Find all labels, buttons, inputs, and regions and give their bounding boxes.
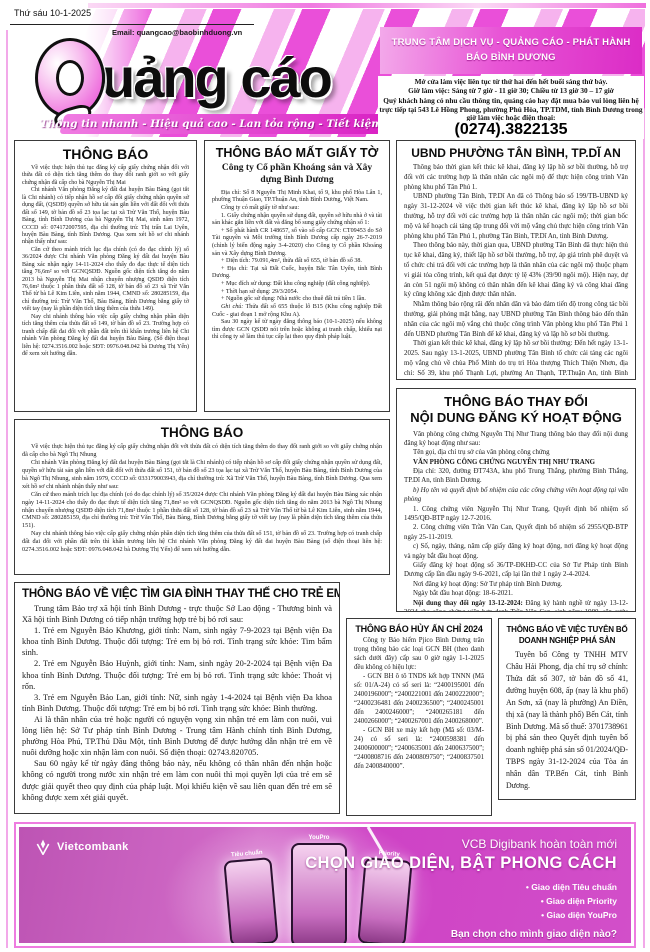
interface-option: Giao diện Tiêu chuẩn [305,880,617,894]
notice-title: THÔNG BÁO [22,425,382,440]
notice-paragraph: c) Số, ngày, tháng, năm cấp giấy đăng ký… [404,542,628,561]
vietcombank-logo-icon [35,839,51,855]
notice-body: Trung tâm Bảo trợ xã hội tỉnh Bình Dương… [22,603,332,803]
vietcombank-brand: Vietcombank [35,839,129,855]
notice-paragraph: Sau 60 ngày kể từ ngày đăng thông báo nà… [22,758,332,802]
page-border-right [643,30,645,948]
notice-paragraph: UBND phường Tân Bình, TP.Dĩ An đã có Thô… [404,192,628,241]
notice-paragraph: Địa chỉ: 320, đường ĐT743A, khu phố Trun… [404,467,628,486]
notice-body: Tuyên bố Công ty TNHH MTV Châu Hải Phong… [506,649,628,791]
ad-slogan: CHỌN GIAO DIỆN, BẬT PHONG CÁCH [305,854,617,873]
notice-paragraph: 1. Giấy chứng nhận quyền sử dụng đất, qu… [212,213,382,228]
notice-paragraph: Nay chi nhánh thông báo việc cấp giấy ch… [22,314,189,359]
notice-paragraph: 3. Trẻ em Nguyễn Bảo Lan, giới tính: Nữ,… [22,692,332,714]
tagline-banner: Thông tin nhanh - Hiệu quả cao - Lan tỏa… [59,114,387,134]
notice-paragraph: Tên gọi, địa chỉ trụ sở của văn phòng cô… [404,448,628,457]
notice-paragraph: Địa chỉ: Số 8 Nguyễn Thị Minh Khai, tổ 9… [212,190,382,205]
top-stripe-decoration [88,3,646,8]
notice-lost-papers: THÔNG BÁO MẤT GIẤY TỜ Công ty Cổ phần Kh… [204,140,390,412]
vietcombank-brand-name: Vietcombank [57,841,129,853]
ad-question: Bạn chọn cho mình giao diện nào? [305,929,617,940]
newspaper-page: Thứ sáu 10-1-2025 Email: quangcao@baobin… [0,0,650,952]
notice-body: Địa chỉ: Số 8 Nguyễn Thị Minh Khai, tổ 9… [212,190,382,342]
notice-body: Về việc thực hiện thủ tục đăng ký cấp gi… [22,165,189,358]
newspaper-logo-text: uảng cáo [101,50,331,106]
ad-text-block: VCB Digibank hoàn toàn mới CHỌN GIAO DIỆ… [305,837,617,940]
notice-paragraph: Thông báo thời gian kết thúc kê khai, đă… [404,163,628,192]
notice-paragraph: Công ty có mất giấy tờ như sau: [212,205,382,213]
notice-paragraph: + Nguồn gốc sử dụng: Nhà nước cho thuê đ… [212,296,382,304]
notice-title: UBND PHƯỜNG TÂN BÌNH, TP.DĨ AN [404,146,628,160]
notice-paragraph: + Số phát hành CR 148657, số vào sổ cấp … [212,228,382,258]
date-rule [10,24,254,25]
notice-paragraph: Theo thông báo này, thời gian qua, UBND … [404,241,628,300]
page-border-left [6,30,8,948]
notice-paragraph: - GCN BH ô tô TNDS kết hợp TNNN (Mã số: … [354,673,484,727]
interface-option: Giao diện Priority [305,894,617,908]
notice-title-line1: THÔNG BÁO THAY ĐỔI [404,394,628,410]
ad-headline: VCB Digibank hoàn toàn mới [305,837,617,851]
notice-paragraph: Ai là thân nhân của trẻ hoặc người có ng… [22,714,332,758]
ad-interface-options: Giao diện Tiêu chuẩnGiao diện PriorityGi… [305,880,617,922]
vietcombank-ad-inner: Vietcombank Tiêu chuẩn YouPro Priority V… [19,827,631,943]
notice-paragraph: VĂN PHÒNG CÔNG CHỨNG NGUYỄN THỊ NHƯ TRAN… [404,458,628,467]
notice-paragraph: Căn cứ theo mảnh trích lục địa chính (có… [22,247,189,314]
notice-paragraph: Sau 30 ngày kể từ ngày đăng thông báo (1… [212,319,382,342]
notice-paragraph: Nội dung thay đổi ngày 13-12-2024: Đăng … [404,599,628,612]
notice-paragraph: 1. Công chứng viên Nguyễn Thị Như Trang,… [404,505,628,524]
notice-paragraph: - GCN BH xe máy kết hợp (Mã số: 03/M-24)… [354,727,484,772]
office-hours-line2: Giờ làm việc: Sáng từ 7 giờ - 11 giờ 30;… [378,87,644,96]
notice-body: Về việc thực hiện thủ tục đăng ký cấp gi… [22,443,382,554]
notice-title-line2: NỘI DUNG ĐĂNG KÝ HOẠT ĐỘNG [404,410,628,426]
notice-paragraph: Văn phòng công chứng Nguyễn Thị Như Tran… [404,430,628,449]
contact-note: Quý khách hàng có nhu cầu thông tin, quả… [378,97,644,123]
notice-paragraph: Nhằm thông báo rộng rãi đến nhân dân và … [404,300,628,339]
office-info: Mở cửa làm việc liên tục từ thứ hai đến … [378,76,644,126]
notice-paragraph: Căn cứ theo mảnh trích lục địa chính (có… [22,491,382,531]
service-center-line2: BÁO BÌNH DƯƠNG [466,51,556,66]
notice-paragraph: Thời gian kết thúc kê khai, đăng ký lập … [404,339,628,380]
notice-title-line2: DOANH NGHIỆP PHÁ SẢN [506,635,628,646]
notice-land-registration-mai: THÔNG BÁO Về việc thực hiện thủ tục đăng… [14,140,197,412]
hotline-phone: (0274).3822135 [378,121,644,139]
notice-paragraph: Chi nhánh Văn phòng Đăng ký đất đai huyệ… [22,459,382,491]
masthead: Thứ sáu 10-1-2025 Email: quangcao@baobin… [0,0,650,140]
notice-title: THÔNG BÁO VỀ VIỆC TÌM GIA ĐÌNH THAY THẾ … [22,588,332,600]
notice-paragraph: Tuyên bố Công ty TNHH MTV Châu Hải Phong… [506,649,628,791]
notice-title: THÔNG BÁO [22,146,189,162]
notice-notary-registration-change: THÔNG BÁO THAY ĐỔI NỘI DUNG ĐĂNG KÝ HOẠT… [396,388,636,612]
newspaper-logo: uảng cáo [35,38,331,118]
notice-ubnd-tan-binh: UBND PHƯỜNG TÂN BÌNH, TP.DĨ AN Thông báo… [396,140,636,380]
contact-email: Email: quangcao@baobinhduong.vn [112,28,242,37]
vietcombank-ad-banner: Vietcombank Tiêu chuẩn YouPro Priority V… [14,822,636,948]
tagline-text: Thông tin nhanh - Hiệu quả cao - Lan tỏa… [40,118,405,130]
notice-bankruptcy-declaration: THÔNG BÁO VỀ VIỆC TUYÊN BỐ DOANH NGHIỆP … [498,618,636,800]
notice-body: Thông báo thời gian kết thúc kê khai, đă… [404,163,628,380]
service-center-line1: TRUNG TÂM DỊCH VỤ - QUẢNG CÁO - PHÁT HÀN… [392,36,631,51]
notice-paragraph: Nơi đăng ký hoạt động: Sở Tư pháp tỉnh B… [404,580,628,589]
phone-label: Tiêu chuẩn [231,850,263,859]
notice-subtitle: Công ty Cổ phần Khoáng sản và Xây dựng B… [212,163,382,187]
phone-mockup-standard: Tiêu chuẩn [223,857,278,943]
notice-paragraph: + Địa chỉ: Tại xã Đất Cuốc, huyện Bắc Tâ… [212,266,382,281]
notice-paragraph: 2. Công chứng viên Trần Văn Can, Quyết đ… [404,523,628,542]
service-center-panel: TRUNG TÂM DỊCH VỤ - QUẢNG CÁO - PHÁT HÀN… [380,27,642,74]
notice-paragraph: 1. Trẻ em Nguyễn Bảo Khương, giới tính: … [22,625,332,658]
notice-title: THÔNG BÁO MẤT GIẤY TỜ [212,146,382,160]
notice-land-registration-nhung: THÔNG BÁO Về việc thực hiện thủ tục đăng… [14,419,390,575]
issue-date: Thứ sáu 10-1-2025 [14,8,91,18]
notice-paragraph: Chi nhánh Văn phòng Đăng ký đất đai huyệ… [22,187,189,247]
notice-paragraph: Về việc thực hiện thủ tục đăng ký cấp gi… [22,443,382,459]
notice-paragraph: Trung tâm Bảo trợ xã hội tỉnh Bình Dương… [22,603,332,625]
notice-paragraph: Giấy đăng ký hoạt động số 36/TP-ĐKHĐ-CC … [404,561,628,580]
notice-title-line1: THÔNG BÁO VỀ VIỆC TUYÊN BỐ [506,624,628,635]
notice-paragraph: b) Họ tên và quyết định bổ nhiệm của các… [404,486,628,505]
notice-paragraph: 2. Trẻ em Nguyễn Bảo Huỳnh, giới tính: N… [22,658,332,691]
notice-cancel-insurance-forms: THÔNG BÁO HỦY ẤN CHỈ 2024 Công ty Bảo hi… [346,618,492,816]
notice-title: THÔNG BÁO HỦY ẤN CHỈ 2024 [354,624,484,634]
notice-paragraph: Nay chi nhánh thông báo việc cấp giấy ch… [22,530,382,554]
notice-paragraph: Ngày bắt đầu hoạt động: 18-6-2021. [404,589,628,598]
notice-find-family-for-children: THÔNG BÁO VỀ VIỆC TÌM GIA ĐÌNH THAY THẾ … [14,582,340,814]
notice-title: THÔNG BÁO VỀ VIỆC TUYÊN BỐ DOANH NGHIỆP … [506,624,628,646]
notice-paragraph: + Mục đích sử dụng: Đất khu công nghiệp … [212,281,382,289]
notice-body: Công ty Bảo hiểm Pjico Bình Dương trân t… [354,637,484,772]
notice-title: THÔNG BÁO THAY ĐỔI NỘI DUNG ĐĂNG KÝ HOẠT… [404,394,628,427]
interface-option: Giao diện YouPro [305,908,617,922]
notice-body: Văn phòng công chứng Nguyễn Thị Như Tran… [404,430,628,613]
notice-paragraph: + Diện tích: 79.091,4m², thửa đất số 655… [212,258,382,266]
logo-q-icon [35,38,105,118]
notice-paragraph: Về việc thực hiện thủ tục đăng ký cấp gi… [22,165,189,187]
notice-paragraph: Công ty Bảo hiểm Pjico Bình Dương trân t… [354,637,484,673]
notice-paragraph: Ghi chú: Thửa đất số 655 thuộc lô B15 (K… [212,304,382,319]
